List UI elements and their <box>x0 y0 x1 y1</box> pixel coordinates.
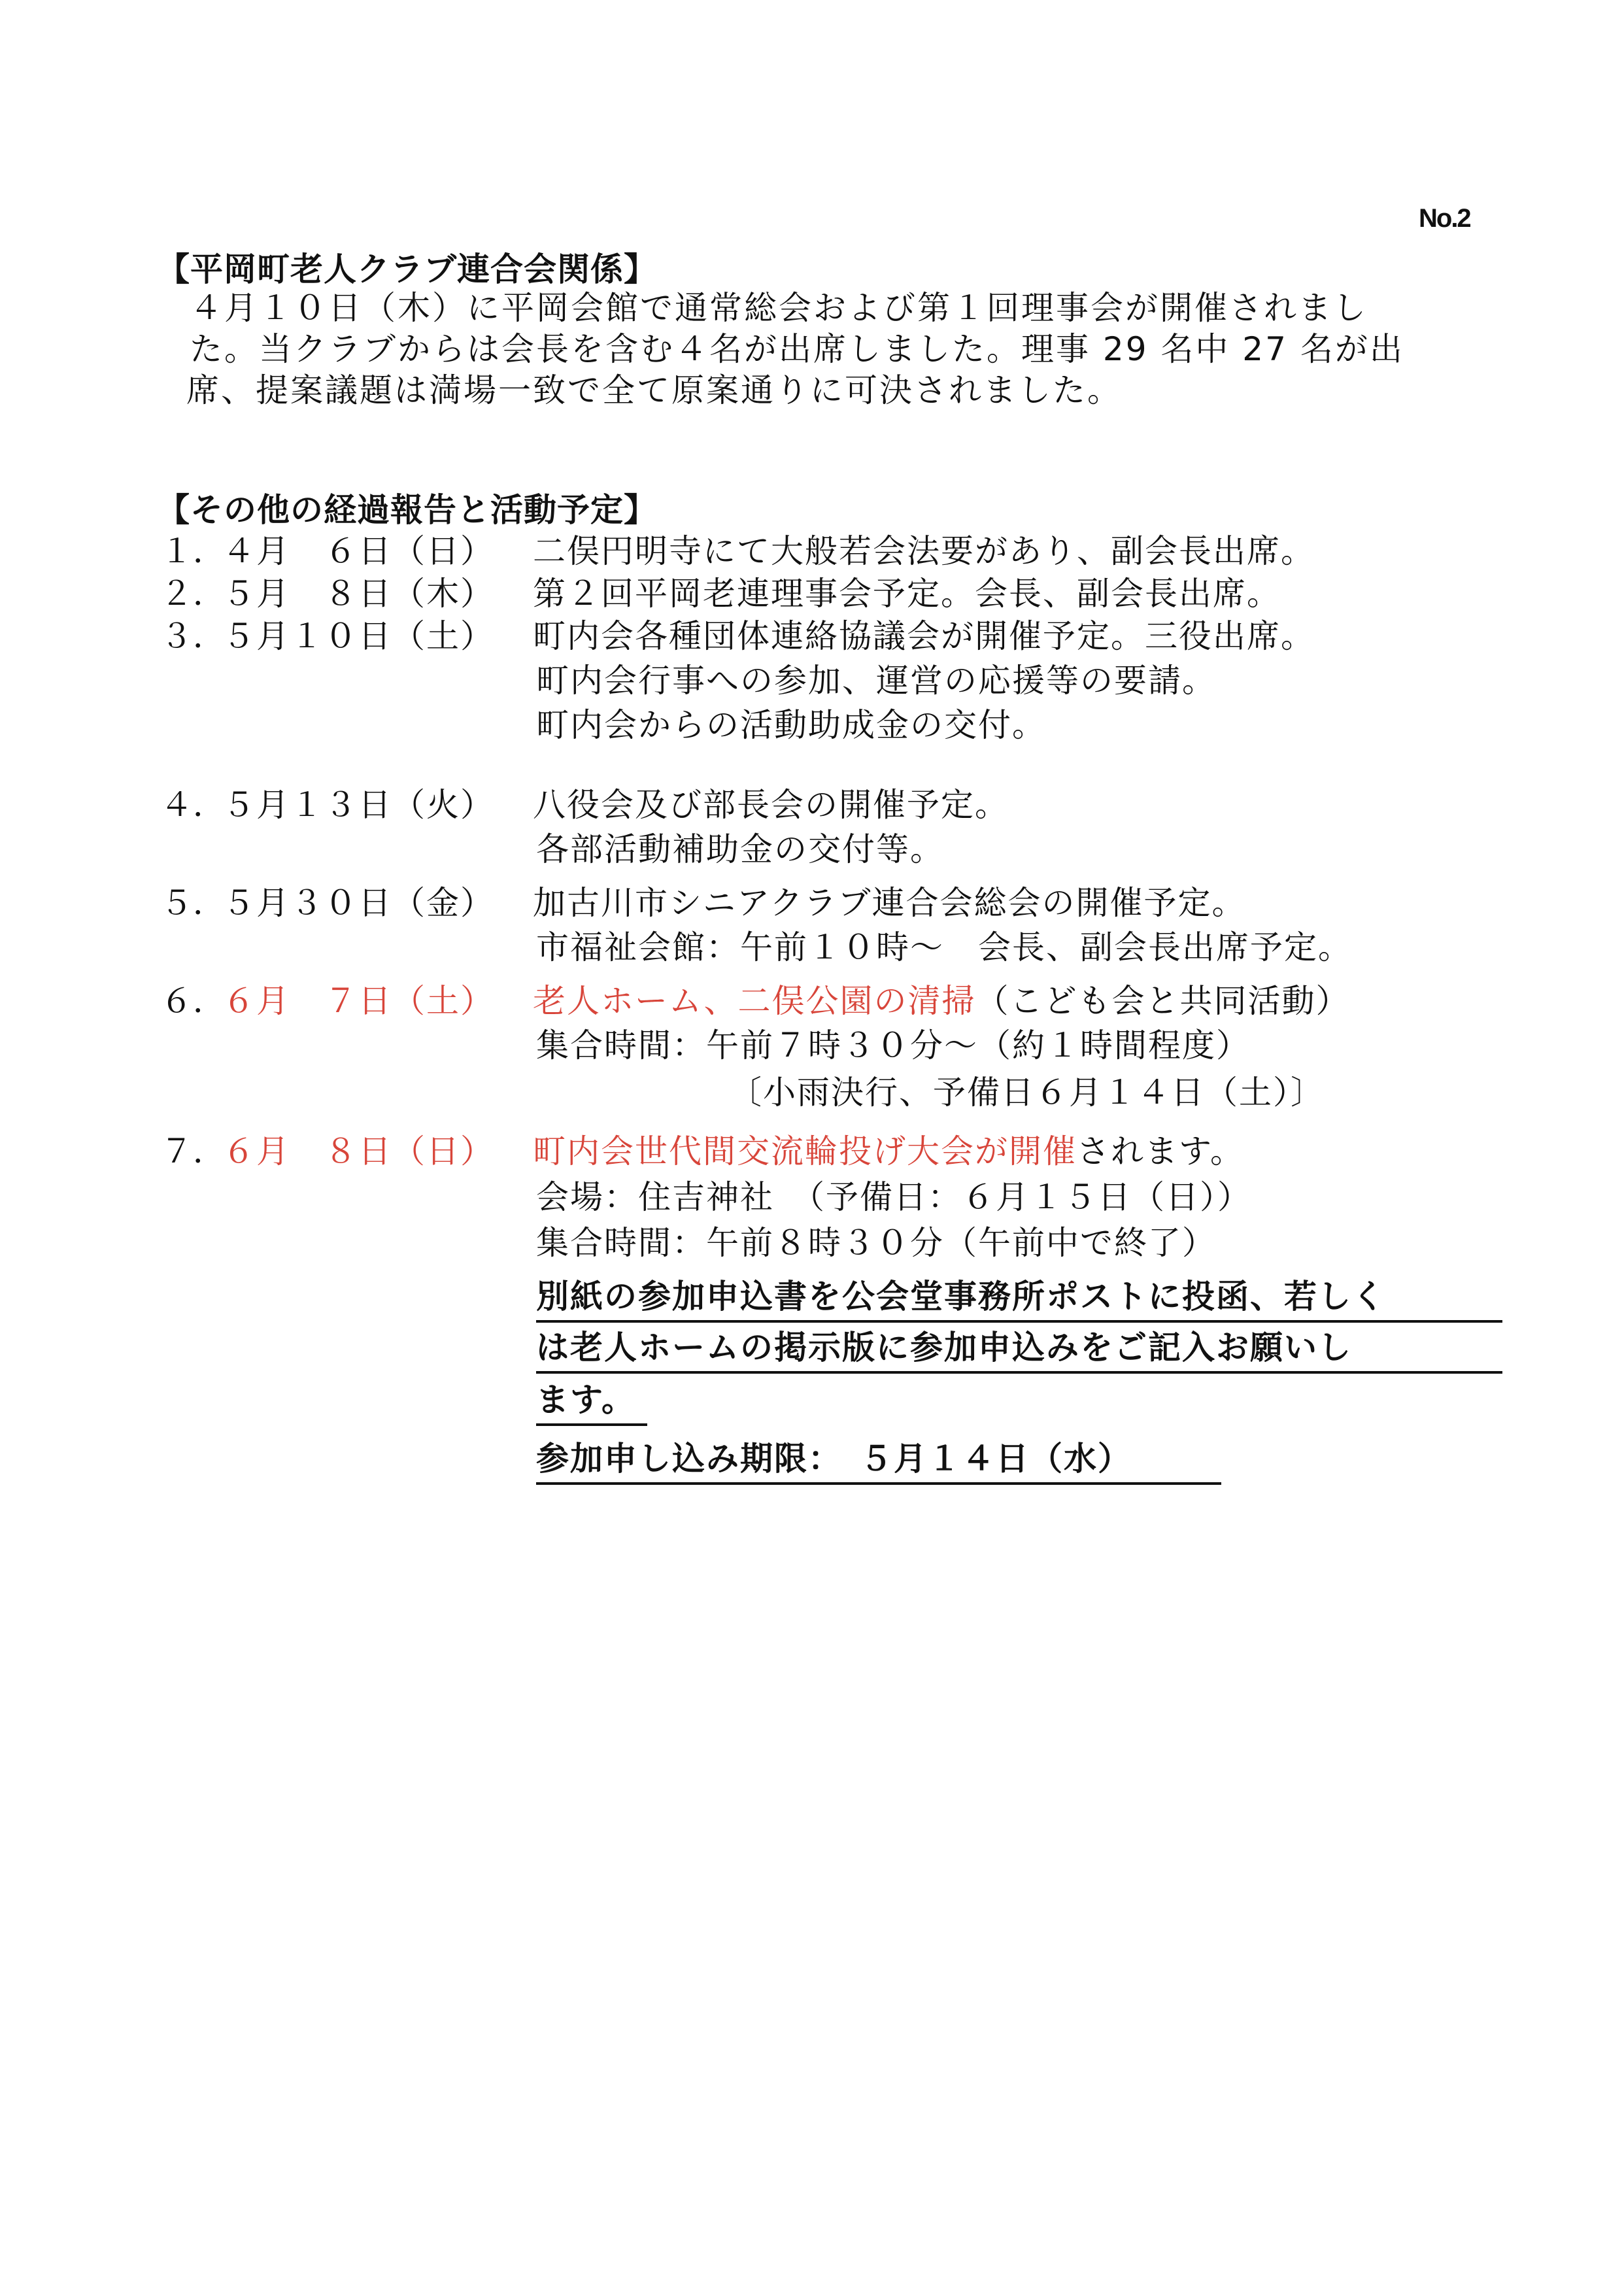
item-detail: 集合時間：午前７時３０分～（約１時間程度） <box>536 1025 1250 1066</box>
notice-line: ます。 <box>536 1380 647 1426</box>
paragraph-line: た。当クラブからは会長を含む４名が出席しました。理事 29 名中 27 名が出 <box>190 329 1491 370</box>
item-date: ４月 ６日（日） <box>222 531 533 572</box>
item-number: ６． <box>160 981 222 1022</box>
item-detail: 町内会からの活動助成金の交付。 <box>536 705 1046 746</box>
item-description: 加古川市シニアクラブ連合会総会の開催予定。 <box>533 884 1246 922</box>
schedule-item: ４．５月１３日（火）八役会及び部長会の開催予定。 <box>160 785 1533 826</box>
item-detail: 市福祉会館：午前１０時～ 会長、副会長出席予定。 <box>536 927 1352 968</box>
notice-line: は老人ホームの掲示版に参加申込みをご記入お願いし <box>536 1327 1502 1374</box>
item-number: ４． <box>160 785 222 826</box>
item-number: ５． <box>160 883 222 924</box>
item-detail: 町内会行事への参加、運営の応援等の要請。 <box>536 660 1216 702</box>
item-description-highlight: 町内会世代間交流輪投げ大会が開催 <box>533 1132 1077 1170</box>
schedule-item-highlighted: ７．６月 ８日（日）町内会世代間交流輪投げ大会が開催されます。 <box>160 1131 1533 1172</box>
notice-text: ます。 <box>536 1380 647 1426</box>
item-description: 二俣円明寺にて大般若会法要があり、副会長出席。 <box>533 532 1315 570</box>
schedule-item: １．４月 ６日（日）二俣円明寺にて大般若会法要があり、副会長出席。 <box>160 531 1533 572</box>
item-date: ５月１０日（土） <box>222 616 533 657</box>
deadline-text: 参加申し込み期限： ５月１４日（水） <box>536 1438 1221 1485</box>
item-detail-rain-note: 〔小雨決行、予備日６月１４日（土）〕 <box>729 1072 1325 1113</box>
item-description-rest: されます。 <box>1077 1132 1244 1170</box>
item-number: １． <box>160 531 222 572</box>
item-date: ５月 ８日（木） <box>222 573 533 615</box>
item-number: ７． <box>160 1131 222 1172</box>
paragraph-line: ４月１０日（木）に平岡会館で通常総会および第１回理事会が開催されまし <box>190 288 1491 329</box>
item-description: 町内会各種団体連絡協議会が開催予定。三役出席。 <box>533 617 1315 655</box>
paragraph-line: 席、提案議題は満場一致で全て原案通りに可決されました。 <box>186 370 1491 411</box>
notice-text: 別紙の参加申込書を公会堂事務所ポストに投函、若しく <box>536 1276 1502 1323</box>
item-detail-time: 集合時間：午前８時３０分（午前中で終了） <box>536 1223 1216 1264</box>
notice-line: 別紙の参加申込書を公会堂事務所ポストに投函、若しく <box>536 1276 1502 1323</box>
federation-paragraph: ４月１０日（木）に平岡会館で通常総会および第１回理事会が開催されまし た。当クラ… <box>190 288 1491 411</box>
item-date: ６月 ８日（日） <box>222 1131 533 1172</box>
schedule-item: ３．５月１０日（土）町内会各種団体連絡協議会が開催予定。三役出席。 <box>160 616 1533 657</box>
item-detail: 各部活動補助金の交付等。 <box>536 829 944 870</box>
item-description-highlight: 老人ホーム、二俣公園の清掃 <box>533 982 976 1020</box>
schedule-item: ５．５月３０日（金）加古川市シニアクラブ連合会総会の開催予定。 <box>160 883 1533 924</box>
section-heading-reports-schedule: 【その他の経過報告と活動予定】 <box>157 484 657 531</box>
item-number: ３． <box>160 616 222 657</box>
section-heading-club-federation: 【平岡町老人クラブ連合会関係】 <box>157 243 657 290</box>
deadline-line: 参加申し込み期限： ５月１４日（水） <box>536 1438 1221 1485</box>
item-date: ６月 ７日（土） <box>222 981 533 1022</box>
item-number: ２． <box>160 573 222 615</box>
schedule-item: ２．５月 ８日（木）第２回平岡老連理事会予定。会長、副会長出席。 <box>160 573 1533 615</box>
schedule-item-highlighted: ６．６月 ７日（土）老人ホーム、二俣公園の清掃（こども会と共同活動） <box>160 981 1533 1022</box>
item-date: ５月１３日（火） <box>222 785 533 826</box>
item-description: 八役会及び部長会の開催予定。 <box>533 786 1009 824</box>
notice-text: は老人ホームの掲示版に参加申込みをご記入お願いし <box>536 1327 1502 1374</box>
item-date: ５月３０日（金） <box>222 883 533 924</box>
item-description: 第２回平岡老連理事会予定。会長、副会長出席。 <box>533 575 1281 613</box>
item-detail-venue: 会場：住吉神社 （予備日：６月１５日（日）） <box>536 1177 1251 1218</box>
item-description-note: （こども会と共同活動） <box>976 982 1350 1020</box>
page-number: No.2 <box>1419 204 1470 233</box>
